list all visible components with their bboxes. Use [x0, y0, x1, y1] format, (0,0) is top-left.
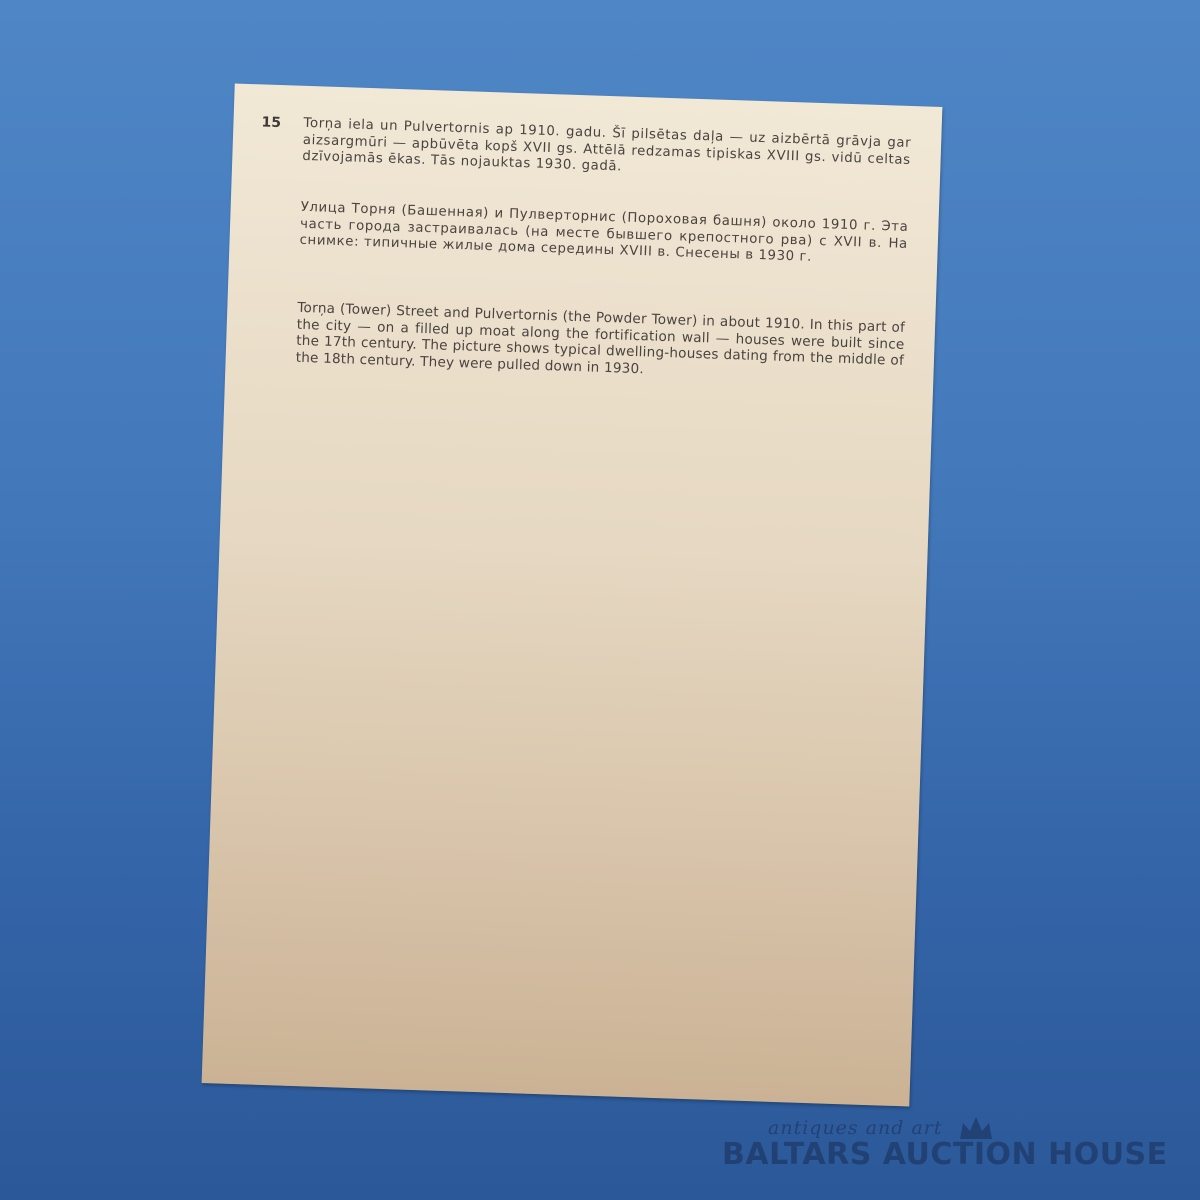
postcard-back: 15 Torņa iela un Pulvertornis ap 1910. g… — [202, 84, 943, 1107]
caption-english: Torņa (Tower) Street and Pulvertornis (t… — [295, 300, 905, 386]
watermark-name: BALTARS AUCTION HOUSE — [722, 1137, 1168, 1172]
watermark-tagline: antiques and art — [768, 1117, 943, 1139]
caption-russian: Улица Торня (Башенная) и Пулверторнис (П… — [299, 200, 908, 270]
card-number: 15 — [261, 114, 281, 131]
caption-latvian: Torņa iela un Pulvertornis ap 1910. gadu… — [302, 116, 911, 186]
auction-watermark: antiques and art BALTARS AUCTION HOUSE — [722, 1115, 1142, 1185]
